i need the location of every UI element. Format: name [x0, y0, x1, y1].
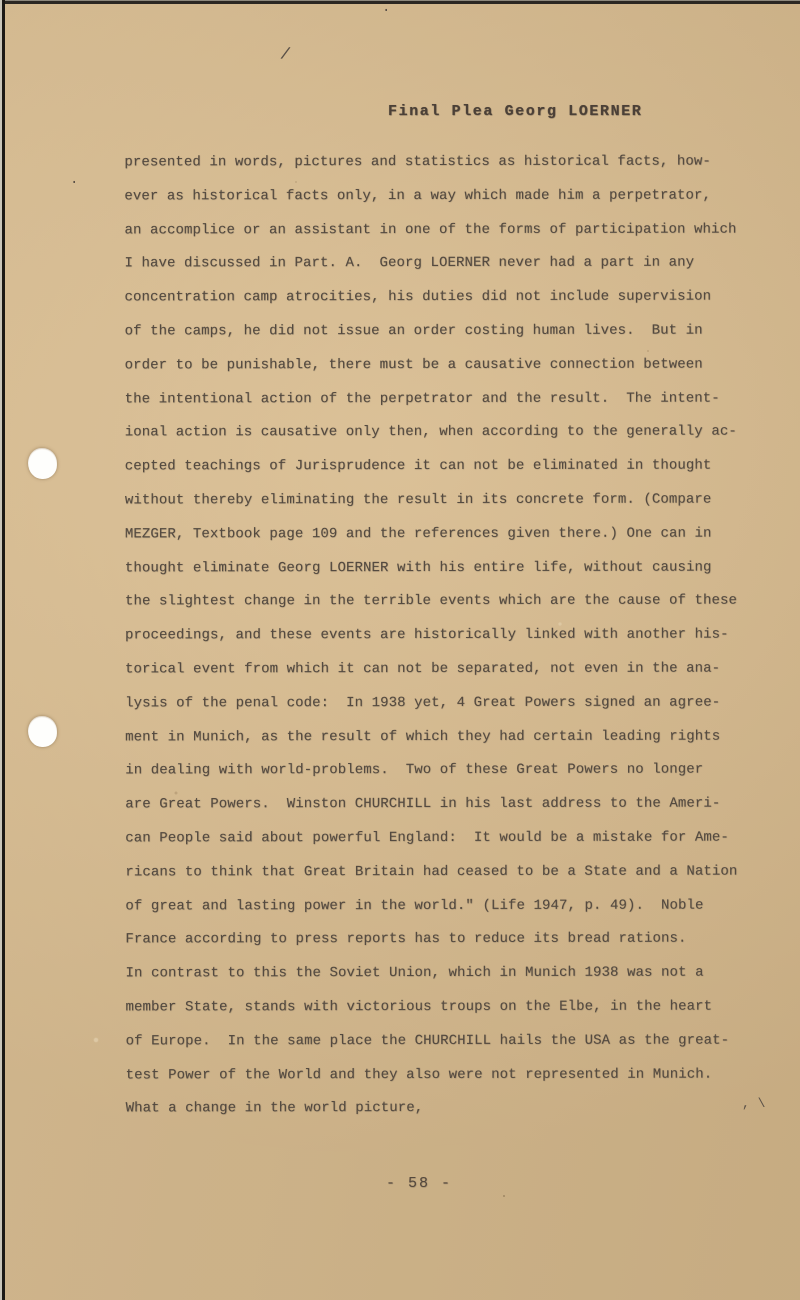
scan-edge-top: [0, 0, 800, 6]
punch-hole-bottom: [28, 716, 57, 747]
scanned-document-page: / . . , \ Final Plea Georg LOERNER prese…: [0, 0, 800, 1300]
stray-comma-mark-bottom: , \: [742, 1096, 765, 1111]
page-number: - 58 -: [0, 1175, 800, 1192]
stray-dot-mark-left: .: [70, 172, 78, 188]
scan-edge-left: [0, 0, 6, 1300]
document-body-text: presented in words, pictures and statist…: [124, 146, 725, 1127]
stray-slash-mark: /: [279, 45, 292, 65]
document-title: Final Plea Georg LOERNER: [388, 103, 642, 120]
punch-hole-top: [28, 448, 57, 479]
